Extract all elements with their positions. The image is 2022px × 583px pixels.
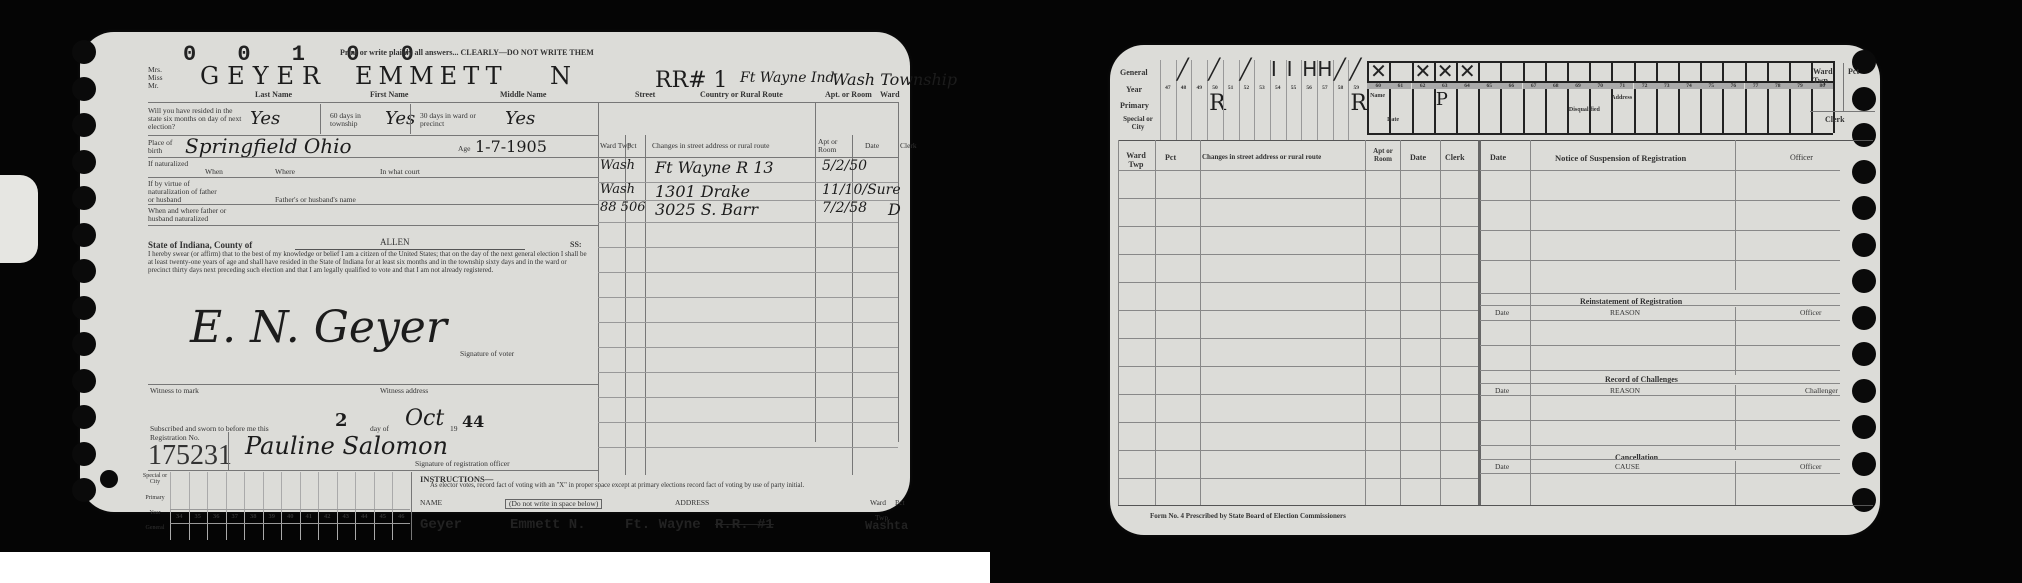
front-grid-year: 35 — [189, 513, 208, 520]
back-grid-year: 58 — [1333, 85, 1349, 91]
county-label: Country or Rural Route — [700, 90, 783, 99]
changes-header-clerk: Clerk — [900, 142, 917, 150]
back-grid-year: 73 — [1656, 83, 1678, 89]
back-grid-year: 79 — [1789, 83, 1811, 89]
back-changes-header-clerk: Clerk — [1445, 153, 1465, 162]
vote-mark: I — [1271, 57, 1277, 81]
change-row-address: 1301 Drake — [655, 182, 750, 201]
back-grid-year: 78 — [1767, 83, 1789, 89]
front-grid-year: 37 — [226, 513, 245, 520]
punch-hole — [72, 442, 96, 466]
middle-name-value: N — [550, 62, 571, 90]
challenges-header-date: Date — [1495, 387, 1509, 395]
front-grid-row-label: Special or City — [142, 473, 168, 485]
punch-hole — [1852, 196, 1876, 220]
naturalized-when-label: When — [205, 168, 223, 176]
age-label: Age — [458, 145, 471, 153]
front-grid-year: 44 — [355, 513, 374, 520]
vote-mark: ✕ — [1437, 59, 1454, 83]
punch-hole — [72, 405, 96, 429]
punch-hole — [72, 150, 96, 174]
changes-header-address: Changes in street address or rural route — [652, 142, 769, 150]
instructions-ward-label: Ward — [870, 499, 886, 507]
no-write-label: (Do not write in space below) — [505, 499, 602, 509]
punch-hole — [72, 369, 96, 393]
back-grid-year: 53 — [1254, 85, 1270, 91]
back-grid-year: 67 — [1523, 83, 1545, 89]
naturalized-where-label: Where — [275, 168, 295, 176]
change-row-ward: 88 506 — [600, 200, 646, 215]
back-grid-year: 54 — [1270, 85, 1286, 91]
punch-hole — [72, 186, 96, 210]
registration-card-back: General Year Primary Special or City 474… — [1110, 45, 1880, 535]
vote-mark: ╱ — [1240, 57, 1252, 81]
grid-inner-name: Name — [1370, 93, 1385, 99]
form-footer: Form No. 4 Prescribed by State Board of … — [1150, 512, 1346, 520]
back-grid-year: 64 — [1456, 83, 1478, 89]
change-row-clerk: D — [888, 200, 901, 219]
vote-mark: ✕ — [1459, 59, 1476, 83]
punch-hole — [72, 259, 96, 283]
back-changes-header-date: Date — [1410, 153, 1426, 162]
typed-township: Washta — [865, 519, 908, 533]
front-grid-row-label: Year — [142, 510, 168, 516]
back-pct-label: Pct — [1848, 67, 1859, 76]
back-grid-year: 47 — [1160, 85, 1176, 91]
registration-number: 175231 — [148, 440, 232, 472]
back-row-primary: Primary — [1120, 101, 1149, 110]
typed-first-name: Emmett N. — [510, 517, 586, 533]
punch-hole — [1852, 160, 1876, 184]
ward-label: Ward — [880, 90, 900, 99]
when-where-label: When and where father or husband natural… — [148, 207, 248, 223]
punch-hole — [1852, 415, 1876, 439]
residency-q1-value: Yes — [250, 108, 280, 129]
suspension-header-notice: Notice of Suspension of Registration — [1555, 153, 1686, 163]
back-grid-year: 68 — [1545, 83, 1567, 89]
back-grid-year: 77 — [1745, 83, 1767, 89]
residency-q3-label: 30 days in ward or precinct — [420, 112, 500, 128]
challenges-header-reason: REASON — [1610, 387, 1640, 395]
punch-hole — [100, 470, 118, 488]
changes-header-pct: Pct — [627, 142, 637, 150]
first-name-value: EMMETT — [355, 62, 508, 90]
blank-strip — [0, 552, 990, 583]
back-grid-year: 57 — [1317, 85, 1333, 91]
grid-note: P — [1436, 89, 1448, 110]
front-grid-year: 36 — [207, 513, 226, 520]
street-label: Street — [635, 90, 655, 99]
punch-hole — [72, 77, 96, 101]
typed-last-name: Geyer — [420, 517, 462, 533]
middle-name-label: Middle Name — [500, 90, 546, 99]
instructions-text: As elector votes, record fact of voting … — [430, 482, 860, 490]
punch-hole — [72, 113, 96, 137]
back-grid-year: 74 — [1678, 83, 1700, 89]
cancellation-header-officer: Officer — [1800, 463, 1822, 471]
cancellation-header-cause: CAUSE — [1615, 463, 1640, 471]
naturalized-court-label: In what court — [380, 168, 420, 176]
vote-mark: ╱ — [1349, 57, 1361, 81]
back-row-general: General — [1120, 68, 1148, 77]
front-grid-row-label: General — [142, 525, 168, 531]
primary-mark: R — [1350, 91, 1367, 116]
back-grid-year: 72 — [1634, 83, 1656, 89]
back-changes-header-ward: Ward Twp — [1122, 151, 1150, 169]
back-grid-year: 48 — [1176, 85, 1192, 91]
naturalized-label: If naturalized — [148, 160, 188, 168]
cancellation-title: Cancellation — [1615, 453, 1658, 462]
front-grid-year: 38 — [244, 513, 263, 520]
punch-hole — [1852, 87, 1876, 111]
punch-hole — [72, 223, 96, 247]
witness-address-label: Witness address — [380, 387, 428, 395]
punch-hole — [1852, 452, 1876, 476]
last-name-label: Last Name — [255, 90, 292, 99]
back-grid-year: 70 — [1589, 83, 1611, 89]
back-grid-year: 69 — [1567, 83, 1589, 89]
change-row-date: 7/2/58 — [822, 200, 867, 216]
punch-hole — [1852, 488, 1876, 512]
cancellation-header-date: Date — [1495, 463, 1509, 471]
voter-signature: E. N. Geyer — [190, 302, 447, 353]
vote-mark: ✕ — [1415, 59, 1432, 83]
back-ward-label: Ward Twp — [1813, 67, 1837, 85]
grid-inner-address: Address — [1611, 95, 1632, 101]
vote-mark: I — [1287, 57, 1293, 81]
adjacent-card-tab — [0, 175, 38, 263]
reinstatement-header-reason: REASON — [1610, 309, 1640, 317]
back-grid-year: 49 — [1191, 85, 1207, 91]
header-notice: Print or write plainly all answers... CL… — [340, 48, 594, 57]
father-name-label: Father's or husband's name — [275, 196, 356, 204]
vote-mark: ╱ — [1177, 57, 1189, 81]
residency-q3-value: Yes — [505, 108, 535, 129]
changes-header-date: Date — [865, 142, 879, 150]
back-changes-header-pct: Pct — [1165, 153, 1176, 162]
punch-hole — [1852, 306, 1876, 330]
back-row-year: Year — [1126, 85, 1142, 94]
reinstatement-header-officer: Officer — [1800, 309, 1822, 317]
subscribed-day: 2 — [335, 410, 348, 431]
front-grid-year: 43 — [337, 513, 356, 520]
punch-hole — [1852, 342, 1876, 366]
township-value: Wash Township — [832, 70, 957, 89]
punch-hole — [72, 296, 96, 320]
changes-header-apt: Apt or Room — [818, 138, 848, 154]
change-row-date: 11/10/Sure — [822, 182, 901, 198]
birth-date-value: 1-7-1905 — [475, 137, 547, 156]
subscribed-year: 44 — [462, 412, 484, 431]
residency-q1-label: Will you have resided in the state six m… — [148, 107, 243, 131]
instructions-pct-label: Pct — [895, 499, 905, 507]
officer-signature: Pauline Salomon — [245, 432, 448, 460]
back-grid-year: 76 — [1722, 83, 1744, 89]
grid-inner-date: Date — [1387, 117, 1399, 123]
back-grid-year: 75 — [1700, 83, 1722, 89]
instructions-name-label: NAME — [420, 499, 442, 507]
change-row-date: 5/2/50 — [822, 158, 867, 174]
back-grid-year: 61 — [1389, 83, 1411, 89]
back-changes-header-apt: Apt or Room — [1368, 147, 1398, 163]
residency-q2-label: 60 days in township — [330, 112, 380, 128]
back-clerk-label: Clerk — [1825, 115, 1845, 124]
voter-signature-label: Signature of voter — [460, 350, 514, 358]
punch-hole — [72, 40, 96, 64]
front-grid-year: 42 — [318, 513, 337, 520]
oath-ss: SS: — [570, 240, 582, 249]
instructions-address-label: ADDRESS — [675, 499, 709, 507]
front-grid-row-label: Primary — [142, 495, 168, 501]
back-grid-year: 62 — [1412, 83, 1434, 89]
last-name-value: GEYER — [200, 62, 328, 90]
punch-hole — [1852, 379, 1876, 403]
back-grid-year: 51 — [1223, 85, 1239, 91]
oath-county-value: ALLEN — [380, 237, 410, 247]
front-grid-year: 34 — [170, 513, 189, 520]
back-grid-year: 55 — [1286, 85, 1302, 91]
typed-route-struck: R.R. #1 — [715, 517, 774, 533]
officer-signature-label: Signature of registration officer — [415, 460, 510, 468]
county-value: Ft Wayne Ind — [740, 70, 834, 86]
back-row-special: Special or City — [1120, 115, 1156, 131]
challenges-header-challenger: Challenger — [1805, 387, 1838, 395]
reinstatement-header-date: Date — [1495, 309, 1509, 317]
apt-label: Apt. or Room — [825, 90, 872, 99]
change-row-address: Ft Wayne R 13 — [655, 158, 774, 177]
back-grid-year: 52 — [1239, 85, 1255, 91]
vote-mark: ╱ — [1334, 57, 1346, 81]
registration-card-front: 0 0 1 0 0 Print or write plainly all ans… — [80, 32, 910, 512]
back-grid-year: 65 — [1478, 83, 1500, 89]
oath-state-county: State of Indiana, County of — [148, 240, 252, 250]
birth-place-label: Place of birth — [148, 139, 178, 155]
year-prefix: 19 — [450, 425, 458, 433]
vote-mark: ✕ — [1370, 59, 1387, 83]
back-grid-year: 60 — [1367, 83, 1389, 89]
witness-mark-label: Witness to mark — [150, 387, 199, 395]
punch-hole — [72, 332, 96, 356]
back-grid-year: 56 — [1301, 85, 1317, 91]
suspension-header-officer: Officer — [1790, 153, 1813, 162]
birth-place-value: Springfield Ohio — [185, 134, 352, 158]
punch-hole — [1852, 123, 1876, 147]
punch-hole — [72, 478, 96, 502]
punch-hole — [1852, 233, 1876, 257]
subscribed-month: Oct — [405, 406, 444, 431]
first-name-label: First Name — [370, 90, 408, 99]
front-grid-year: 45 — [374, 513, 393, 520]
oath-text: I hereby swear (or affirm) that to the b… — [148, 250, 588, 274]
typed-address: Ft. Wayne — [625, 517, 701, 533]
front-grid-year: 41 — [300, 513, 319, 520]
back-changes-header-address: Changes in street address or rural route — [1202, 153, 1321, 161]
change-row-ward: Wash — [600, 158, 635, 173]
grid-inner-disqualified: Disqualified — [1569, 107, 1600, 113]
suspension-header-date: Date — [1490, 153, 1506, 162]
punch-hole — [1852, 269, 1876, 293]
back-grid-year: 71 — [1611, 83, 1633, 89]
virtue-label: If by virtue of naturalization of father… — [148, 180, 223, 204]
change-row-ward: Wash — [600, 182, 635, 197]
vote-mark: ╱ — [1208, 57, 1220, 81]
back-grid-year: 66 — [1500, 83, 1522, 89]
front-grid-year: 46 — [392, 513, 411, 520]
change-row-address: 3025 S. Barr — [655, 200, 758, 219]
front-grid-year: 40 — [281, 513, 300, 520]
front-grid-year: 39 — [263, 513, 282, 520]
salutation-labels: Mrs.MissMr. — [148, 66, 163, 90]
